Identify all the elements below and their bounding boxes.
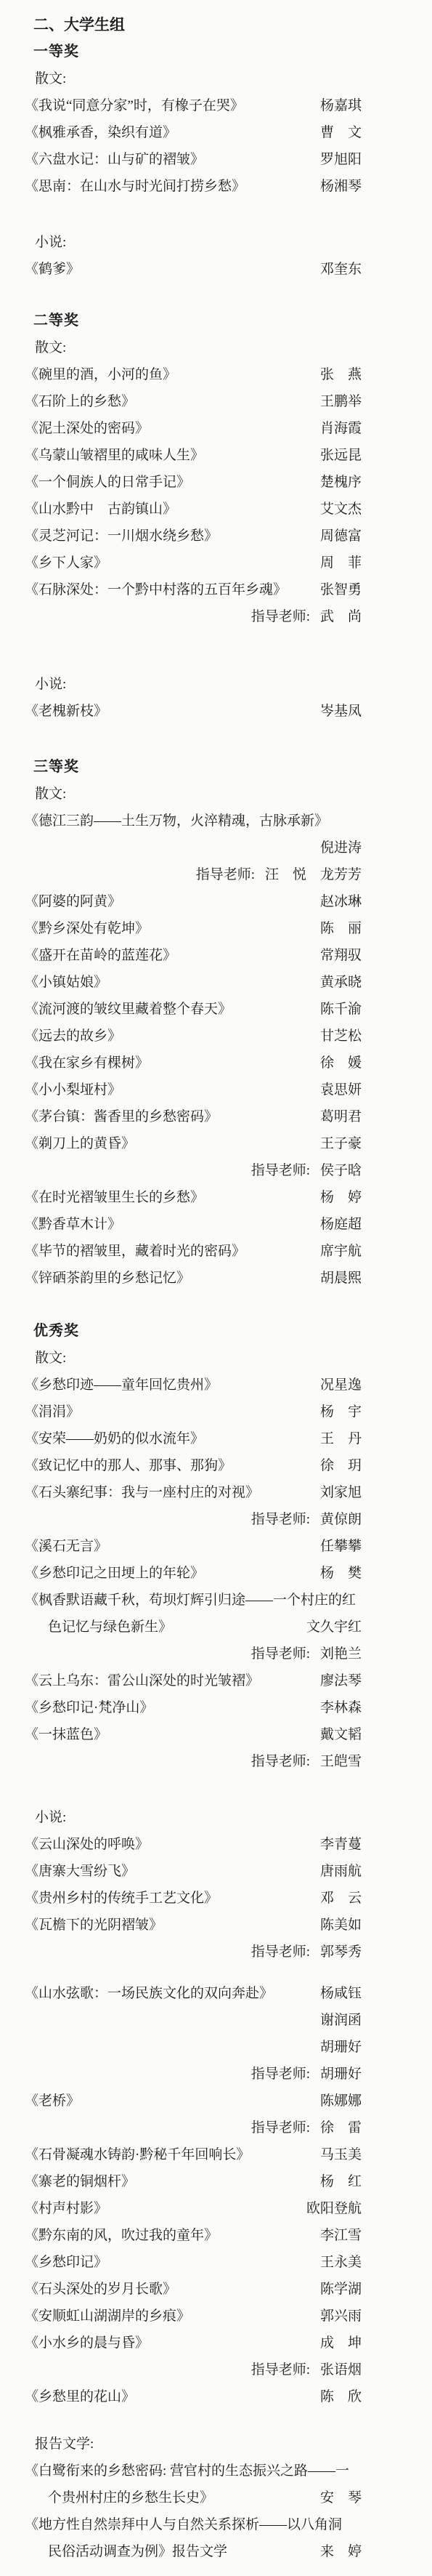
author-line: 胡珊好 bbox=[0, 2034, 432, 2061]
work-author: 文久宇红 bbox=[306, 1614, 362, 1641]
work-title: 《溪石无言》 bbox=[25, 1533, 107, 1560]
work-title: 《乡愁印迹——童年回忆贵州》 bbox=[25, 1372, 218, 1398]
work-author: 杨湘琴 bbox=[320, 173, 362, 200]
work-title: 《云山深处的呼唤》 bbox=[25, 1831, 149, 1858]
work-title: 《老槐新枝》 bbox=[25, 698, 107, 725]
teacher-line: 指导老师:张语烟 bbox=[0, 2356, 432, 2383]
category-label-text: 散文: bbox=[35, 1345, 66, 1372]
work-author: 李林森 bbox=[320, 1694, 362, 1721]
work-author: 赵冰琳 bbox=[320, 888, 362, 915]
work-entry: 《锌硒茶韵里的乡愁记忆》胡晨熙 bbox=[0, 1265, 432, 1292]
work-title: 《乌蒙山皱褶里的咸味人生》 bbox=[25, 442, 204, 469]
work-author: 刘家旭 bbox=[320, 1479, 362, 1506]
line-gap bbox=[0, 200, 432, 229]
line-gap bbox=[0, 1775, 432, 1804]
work-title: 《流河渡的皱纹里藏着整个春天》 bbox=[25, 996, 232, 1023]
work-author: 王子豪 bbox=[320, 1130, 362, 1157]
work-author: 唐雨航 bbox=[320, 1858, 362, 1885]
work-author: 陈 丽 bbox=[320, 915, 362, 942]
award-heading-text: 三等奖 bbox=[33, 754, 79, 781]
work-title: 《黔乡深处有乾坤》 bbox=[25, 915, 149, 942]
work-author: 葛明君 bbox=[320, 1103, 362, 1130]
work-author: 杨 婷 bbox=[320, 1184, 362, 1211]
category-label-text: 小说: bbox=[35, 671, 66, 698]
teacher-label: 指导老师: bbox=[196, 861, 255, 888]
work-title: 《寨老的铜烟杆》 bbox=[25, 2168, 135, 2195]
teacher-label: 指导老师: bbox=[251, 2114, 310, 2141]
work-title: 《一个侗族人的日常手记》 bbox=[25, 469, 190, 496]
work-author: 肖海霞 bbox=[320, 415, 362, 442]
work-entry: 《茅台镇：酱香里的乡愁密码》葛明君 bbox=[0, 1103, 432, 1130]
work-title: 《白鹭衔来的乡愁密码: 营官村的生态振兴之路——一 bbox=[25, 2458, 349, 2484]
work-title: 《安荣——奶奶的似水流年》 bbox=[25, 1425, 204, 1452]
line-gap bbox=[0, 283, 432, 307]
work-entry: 《山水黔中 古韵镇山》艾文杰 bbox=[0, 496, 432, 523]
work-author: 曹 文 bbox=[320, 119, 362, 146]
work-entry: 《安荣——奶奶的似水流年》王 丹 bbox=[0, 1425, 432, 1452]
work-author: 周 菲 bbox=[320, 550, 362, 576]
work-title: 《石阶上的乡愁》 bbox=[25, 388, 135, 415]
work-entry: 《云山深处的呼唤》李青蔓 bbox=[0, 1831, 432, 1858]
work-title: 《山水黔中 古韵镇山》 bbox=[25, 496, 176, 523]
work-author: 来 婷 bbox=[320, 2538, 362, 2565]
work-title-continuation: 色记忆与绿色新生》文久宇红 bbox=[0, 1614, 432, 1641]
work-title-line: 《白鹭衔来的乡愁密码: 营官村的生态振兴之路——一 bbox=[0, 2458, 432, 2484]
work-entry: 《乡下人家》周 菲 bbox=[0, 550, 432, 576]
section-heading-text: 二、大学生组 bbox=[33, 12, 125, 39]
work-title: 色记忆与绿色新生》 bbox=[48, 1614, 172, 1641]
category-label-text: 散文: bbox=[35, 65, 66, 92]
work-entry: 《剃刀上的黄昏》王子豪 bbox=[0, 1130, 432, 1157]
work-entry: 《流河渡的皱纹里藏着整个春天》陈千渝 bbox=[0, 996, 432, 1023]
work-entry: 《黔乡深处有乾坤》陈 丽 bbox=[0, 915, 432, 942]
work-author: 常翔驭 bbox=[320, 942, 362, 969]
category-label-text: 散文: bbox=[35, 334, 66, 361]
work-entry: 《石阶上的乡愁》王鹏举 bbox=[0, 388, 432, 415]
work-author: 席宇航 bbox=[320, 1238, 362, 1265]
line-gap bbox=[0, 630, 432, 671]
work-entry: 《六盘水记：山与矿的褶皱》罗旭阳 bbox=[0, 146, 432, 173]
work-entry: 《山水弦歌：一场民族文化的双向奔赴》杨咸钰 bbox=[0, 1980, 432, 2007]
work-author: 陈美如 bbox=[320, 1912, 362, 1939]
category-label: 散文: bbox=[0, 781, 432, 808]
teacher-name: 武 尚 bbox=[320, 603, 362, 630]
work-author: 陈娜娜 bbox=[320, 2088, 362, 2114]
line-gap bbox=[0, 725, 432, 754]
work-author: 岑基凤 bbox=[320, 698, 362, 725]
work-title-continuation: 个贵州村庄的乡愁生长史》安 琴 bbox=[0, 2484, 432, 2511]
work-title: 《小镇姑娘》 bbox=[25, 969, 107, 996]
line-gap bbox=[0, 2410, 432, 2431]
work-title: 《石脉深处：一个黔中村落的五百年乡魂》 bbox=[25, 576, 287, 603]
work-author: 周德富 bbox=[320, 523, 362, 550]
work-entry: 《乡愁印迹——童年回忆贵州》况星逸 bbox=[0, 1372, 432, 1398]
category-label: 小说: bbox=[0, 229, 432, 256]
work-entry: 《石脉深处：一个黔中村落的五百年乡魂》张智勇 bbox=[0, 576, 432, 603]
work-title: 《安顺虹山湖湖岸的乡痕》 bbox=[25, 2303, 190, 2330]
work-author: 张智勇 bbox=[320, 576, 362, 603]
work-title: 《盛开在苗岭的蓝莲花》 bbox=[25, 942, 176, 969]
work-entry: 《寨老的铜烟杆》杨 红 bbox=[0, 2168, 432, 2195]
work-entry: 《乡愁印记之田埂上的年轮》杨 樊 bbox=[0, 1560, 432, 1587]
work-title: 《剃刀上的黄昏》 bbox=[25, 1130, 135, 1157]
teacher-line: 指导老师:黄倞朗 bbox=[0, 1506, 432, 1533]
work-entry: 《石头寨纪事：我与一座村庄的对视》刘家旭 bbox=[0, 1479, 432, 1506]
work-title: 《灵芝河记：一川烟水绕乡愁》 bbox=[25, 523, 218, 550]
work-entry: 《盛开在苗岭的蓝莲花》常翔驭 bbox=[0, 942, 432, 969]
work-title-line: 《地方性自然崇拜中人与自然关系探析——以八角洞 bbox=[0, 2511, 432, 2538]
work-author: 李江雪 bbox=[320, 2222, 362, 2249]
work-title: 《致记忆中的那人、那事、那狗》 bbox=[25, 1452, 232, 1479]
award-heading-text: 优秀奖 bbox=[33, 1318, 79, 1345]
work-title: 《黔香草木计》 bbox=[25, 1211, 121, 1238]
work-entry: 《一抹蓝色》戴文韬 bbox=[0, 1721, 432, 1748]
work-title: 《德江三韵——土生万物，火淬精魂，古脉承新》 bbox=[25, 808, 328, 834]
work-title: 《锌硒茶韵里的乡愁记忆》 bbox=[25, 1265, 190, 1292]
teacher-label: 指导老师: bbox=[251, 1748, 310, 1775]
work-entry: 《灵芝河记：一川烟水绕乡愁》周德富 bbox=[0, 523, 432, 550]
teacher-line: 指导老师:徐 雷 bbox=[0, 2114, 432, 2141]
document-page: 二、大学生组一等奖散文:《我说“同意分家”时，有橡子在哭》杨嘉琪《枫雅承香，染织… bbox=[0, 0, 432, 2565]
work-author: 李青蔓 bbox=[320, 1831, 362, 1858]
work-entry: 《泥土深处的密码》肖海霞 bbox=[0, 415, 432, 442]
work-entry: 《我在家乡有棵树》徐 媛 bbox=[0, 1050, 432, 1076]
teacher-line: 指导老师:武 尚 bbox=[0, 603, 432, 630]
work-title: 《贵州乡村的传统手工艺文化》 bbox=[25, 1885, 218, 1912]
category-label-text: 小说: bbox=[35, 229, 66, 256]
work-title: 《茅台镇：酱香里的乡愁密码》 bbox=[25, 1103, 218, 1130]
work-title: 《远去的故乡》 bbox=[25, 1023, 121, 1050]
work-entry: 《安顺虹山湖湖岸的乡痕》郭兴雨 bbox=[0, 2303, 432, 2330]
work-entry: 《乡愁里的花山》陈 欣 bbox=[0, 2383, 432, 2410]
category-label-text: 散文: bbox=[35, 781, 66, 808]
work-author: 张远昆 bbox=[320, 442, 362, 469]
work-title: 《唐寨大雪纷飞》 bbox=[25, 1858, 135, 1885]
work-entry: 《乡愁印记·梵净山》李林森 bbox=[0, 1694, 432, 1721]
award-heading-text: 二等奖 bbox=[33, 307, 79, 334]
work-author: 杨庭超 bbox=[320, 1211, 362, 1238]
work-author: 杨 红 bbox=[320, 2168, 362, 2195]
work-title: 《乡下人家》 bbox=[25, 550, 107, 576]
work-title: 《石骨凝魂水铸韵·黔秘千年回响长》 bbox=[25, 2141, 250, 2168]
work-author: 杨咸钰 bbox=[320, 1980, 362, 2007]
work-author: 王永美 bbox=[320, 2249, 362, 2276]
work-title: 《村声村影》 bbox=[25, 2195, 107, 2222]
work-author: 杨 樊 bbox=[320, 1560, 362, 1587]
work-author: 马玉美 bbox=[320, 2141, 362, 2168]
work-entry: 《老桥》陈娜娜 bbox=[0, 2088, 432, 2114]
teacher-name: 徐 雷 bbox=[320, 2114, 362, 2141]
work-title: 《六盘水记：山与矿的褶皱》 bbox=[25, 146, 204, 173]
work-title: 《泥土深处的密码》 bbox=[25, 415, 149, 442]
category-label: 小说: bbox=[0, 671, 432, 698]
work-entry: 《枫雅承香，染织有道》曹 文 bbox=[0, 119, 432, 146]
teacher-label: 指导老师: bbox=[251, 603, 310, 630]
teacher-name: 胡珊好 bbox=[320, 2061, 362, 2088]
work-entry: 《黔香草木计》杨庭超 bbox=[0, 1211, 432, 1238]
work-entry: 《贵州乡村的传统手工艺文化》邓 云 bbox=[0, 1885, 432, 1912]
work-author: 倪进涛 bbox=[320, 834, 362, 861]
work-title: 《山水弦歌：一场民族文化的双向奔赴》 bbox=[25, 1980, 273, 2007]
award-heading-text: 一等奖 bbox=[33, 39, 79, 65]
work-entry: 《致记忆中的那人、那事、那狗》徐 玥 bbox=[0, 1452, 432, 1479]
teacher-label: 指导老师: bbox=[251, 2061, 310, 2088]
work-author: 张 燕 bbox=[320, 361, 362, 388]
work-author: 杨嘉琪 bbox=[320, 92, 362, 119]
work-entry: 《唐寨大雪纷飞》唐雨航 bbox=[0, 1858, 432, 1885]
work-entry: 《鹤爹》邓奎东 bbox=[0, 256, 432, 283]
work-title: 《石头寨纪事：我与一座村庄的对视》 bbox=[25, 1479, 259, 1506]
work-title: 《小水乡的晨与昏》 bbox=[25, 2330, 149, 2356]
work-author: 艾文杰 bbox=[320, 496, 362, 523]
work-title: 《云上乌东：雷公山深处的时光皱褶》 bbox=[25, 1667, 259, 1694]
work-author: 胡珊好 bbox=[320, 2034, 362, 2061]
work-entry: 《毕节的褶皱里，藏着时光的密码》席宇航 bbox=[0, 1238, 432, 1265]
work-entry: 《阿婆的阿黄》赵冰琳 bbox=[0, 888, 432, 915]
work-entry: 《乡愁印记》王永美 bbox=[0, 2249, 432, 2276]
author-line: 倪进涛 bbox=[0, 834, 432, 861]
work-author: 邓 云 bbox=[320, 1885, 362, 1912]
work-entry: 《远去的故乡》甘芝松 bbox=[0, 1023, 432, 1050]
teacher-name: 侯子晗 bbox=[320, 1157, 362, 1184]
work-entry: 《一个侗族人的日常手记》楚槐序 bbox=[0, 469, 432, 496]
work-author: 罗旭阳 bbox=[320, 146, 362, 173]
work-title: 《老桥》 bbox=[25, 2088, 80, 2114]
work-title: 《枫香默语藏千秋，苟坝灯辉引归途——一个村庄的红 bbox=[25, 1587, 356, 1614]
work-author: 陈 欣 bbox=[320, 2383, 362, 2410]
work-entry: 《溪石无言》任攀攀 bbox=[0, 1533, 432, 1560]
teacher-line: 指导老师:胡珊好 bbox=[0, 2061, 432, 2088]
work-title: 《乡愁印记》 bbox=[25, 2249, 107, 2276]
work-entry: 《老槐新枝》岑基凤 bbox=[0, 698, 432, 725]
work-author: 杨 宇 bbox=[320, 1398, 362, 1425]
work-entry: 《碗里的酒，小河的鱼》张 燕 bbox=[0, 361, 432, 388]
work-title: 《乡愁印记之田埂上的年轮》 bbox=[25, 1560, 204, 1587]
teacher-line: 指导老师:王皑雪 bbox=[0, 1748, 432, 1775]
work-author: 安 琴 bbox=[320, 2484, 362, 2511]
teacher-label: 指导老师: bbox=[251, 1641, 310, 1667]
work-title: 《乡愁印记·梵净山》 bbox=[25, 1694, 153, 1721]
work-author: 郭兴雨 bbox=[320, 2303, 362, 2330]
work-title-line: 《德江三韵——土生万物，火淬精魂，古脉承新》 bbox=[0, 808, 432, 834]
teacher-label: 指导老师: bbox=[251, 2356, 310, 2383]
work-author: 楚槐序 bbox=[320, 469, 362, 496]
work-title: 《毕节的褶皱里，藏着时光的密码》 bbox=[25, 1238, 245, 1265]
category-label-text: 报告文学: bbox=[35, 2431, 94, 2458]
work-author: 徐 玥 bbox=[320, 1452, 362, 1479]
work-title-line: 《枫香默语藏千秋，苟坝灯辉引归途——一个村庄的红 bbox=[0, 1587, 432, 1614]
work-title: 《涓涓》 bbox=[25, 1398, 80, 1425]
author-line: 谢润函 bbox=[0, 2007, 432, 2034]
work-entry: 《云上乌东：雷公山深处的时光皱褶》廖法琴 bbox=[0, 1667, 432, 1694]
work-entry: 《涓涓》杨 宇 bbox=[0, 1398, 432, 1425]
work-title: 《乡愁里的花山》 bbox=[25, 2383, 135, 2410]
work-title: 《石头深处的岁月长歌》 bbox=[25, 2276, 176, 2303]
work-author: 欧阳登航 bbox=[306, 2195, 362, 2222]
work-entry: 《小水乡的晨与昏》成 坤 bbox=[0, 2330, 432, 2356]
work-entry: 《在时光褶皱里生长的乡愁》杨 婷 bbox=[0, 1184, 432, 1211]
teacher-label: 指导老师: bbox=[251, 1939, 310, 1965]
section-heading: 二、大学生组 bbox=[0, 12, 432, 39]
work-author: 黄承晓 bbox=[320, 969, 362, 996]
category-label: 小说: bbox=[0, 1804, 432, 1831]
award-heading: 三等奖 bbox=[0, 754, 432, 781]
work-title: 个贵州村庄的乡愁生长史》 bbox=[48, 2484, 213, 2511]
teacher-label: 指导老师: bbox=[251, 1506, 310, 1533]
work-entry: 《村声村影》欧阳登航 bbox=[0, 2195, 432, 2222]
work-entry: 《石骨凝魂水铸韵·黔秘千年回响长》马玉美 bbox=[0, 2141, 432, 2168]
work-entry: 《黔东南的风，吹过我的童年》李江雪 bbox=[0, 2222, 432, 2249]
teacher-name: 刘艳兰 bbox=[320, 1641, 362, 1667]
work-author: 廖法琴 bbox=[320, 1667, 362, 1694]
work-entry: 《思南：在山水与时光间打捞乡愁》杨湘琴 bbox=[0, 173, 432, 200]
work-entry: 《小小梨垭村》袁思妍 bbox=[0, 1076, 432, 1103]
line-gap bbox=[0, 1292, 432, 1318]
teacher-line: 指导老师:侯子晗 bbox=[0, 1157, 432, 1184]
category-label-text: 小说: bbox=[35, 1804, 66, 1831]
category-label: 散文: bbox=[0, 65, 432, 92]
work-entry: 《瓦檐下的光阴褶皱》陈美如 bbox=[0, 1912, 432, 1939]
teacher-name: 黄倞朗 bbox=[320, 1506, 362, 1533]
work-title: 《瓦檐下的光阴褶皱》 bbox=[25, 1912, 163, 1939]
work-author: 甘芝松 bbox=[320, 1023, 362, 1050]
work-author: 袁思妍 bbox=[320, 1076, 362, 1103]
work-author: 陈千渝 bbox=[320, 996, 362, 1023]
teacher-name: 郭琴秀 bbox=[320, 1939, 362, 1965]
work-author: 王 丹 bbox=[320, 1425, 362, 1452]
teacher-name: 汪 悦 龙芳芳 bbox=[265, 861, 362, 888]
work-author: 邓奎东 bbox=[320, 256, 362, 283]
work-title: 《枫雅承香，染织有道》 bbox=[25, 119, 176, 146]
line-gap bbox=[0, 1965, 432, 1980]
teacher-label: 指导老师: bbox=[251, 1157, 310, 1184]
work-title: 《在时光褶皱里生长的乡愁》 bbox=[25, 1184, 204, 1211]
teacher-name: 王皑雪 bbox=[320, 1748, 362, 1775]
work-entry: 《乌蒙山皱褶里的咸味人生》张远昆 bbox=[0, 442, 432, 469]
work-entry: 《我说“同意分家”时，有橡子在哭》杨嘉琪 bbox=[0, 92, 432, 119]
award-heading: 优秀奖 bbox=[0, 1318, 432, 1345]
award-heading: 二等奖 bbox=[0, 307, 432, 334]
work-author: 成 坤 bbox=[320, 2330, 362, 2356]
work-author: 徐 媛 bbox=[320, 1050, 362, 1076]
work-author: 戴文韬 bbox=[320, 1721, 362, 1748]
work-entry: 《小镇姑娘》黄承晓 bbox=[0, 969, 432, 996]
work-title: 《思南：在山水与时光间打捞乡愁》 bbox=[25, 173, 245, 200]
work-title: 《我说“同意分家”时，有橡子在哭》 bbox=[25, 92, 244, 119]
teacher-line: 指导老师:郭琴秀 bbox=[0, 1939, 432, 1965]
work-entry: 《石头深处的岁月长歌》陈学湖 bbox=[0, 2276, 432, 2303]
work-title: 民俗活动调查为例》报告文学 bbox=[48, 2538, 227, 2565]
work-author: 任攀攀 bbox=[320, 1533, 362, 1560]
work-title: 《一抹蓝色》 bbox=[25, 1721, 107, 1748]
work-title: 《黔东南的风，吹过我的童年》 bbox=[25, 2222, 218, 2249]
category-label: 散文: bbox=[0, 334, 432, 361]
work-title: 《地方性自然崇拜中人与自然关系探析——以八角洞 bbox=[25, 2511, 342, 2538]
category-label: 散文: bbox=[0, 1345, 432, 1372]
work-title: 《鹤爹》 bbox=[25, 256, 80, 283]
teacher-line: 指导老师:刘艳兰 bbox=[0, 1641, 432, 1667]
work-author: 况星逸 bbox=[320, 1372, 362, 1398]
work-author: 胡晨熙 bbox=[320, 1265, 362, 1292]
award-heading: 一等奖 bbox=[0, 39, 432, 65]
category-label: 报告文学: bbox=[0, 2431, 432, 2458]
work-title: 《我在家乡有棵树》 bbox=[25, 1050, 149, 1076]
teacher-line: 指导老师:汪 悦 龙芳芳 bbox=[0, 861, 432, 888]
work-title-continuation: 民俗活动调查为例》报告文学来 婷 bbox=[0, 2538, 432, 2565]
work-title: 《碗里的酒，小河的鱼》 bbox=[25, 361, 176, 388]
work-author: 王鹏举 bbox=[320, 388, 362, 415]
work-author: 谢润函 bbox=[320, 2007, 362, 2034]
work-title: 《阿婆的阿黄》 bbox=[25, 888, 121, 915]
work-author: 陈学湖 bbox=[320, 2276, 362, 2303]
work-title: 《小小梨垭村》 bbox=[25, 1076, 121, 1103]
teacher-name: 张语烟 bbox=[320, 2356, 362, 2383]
